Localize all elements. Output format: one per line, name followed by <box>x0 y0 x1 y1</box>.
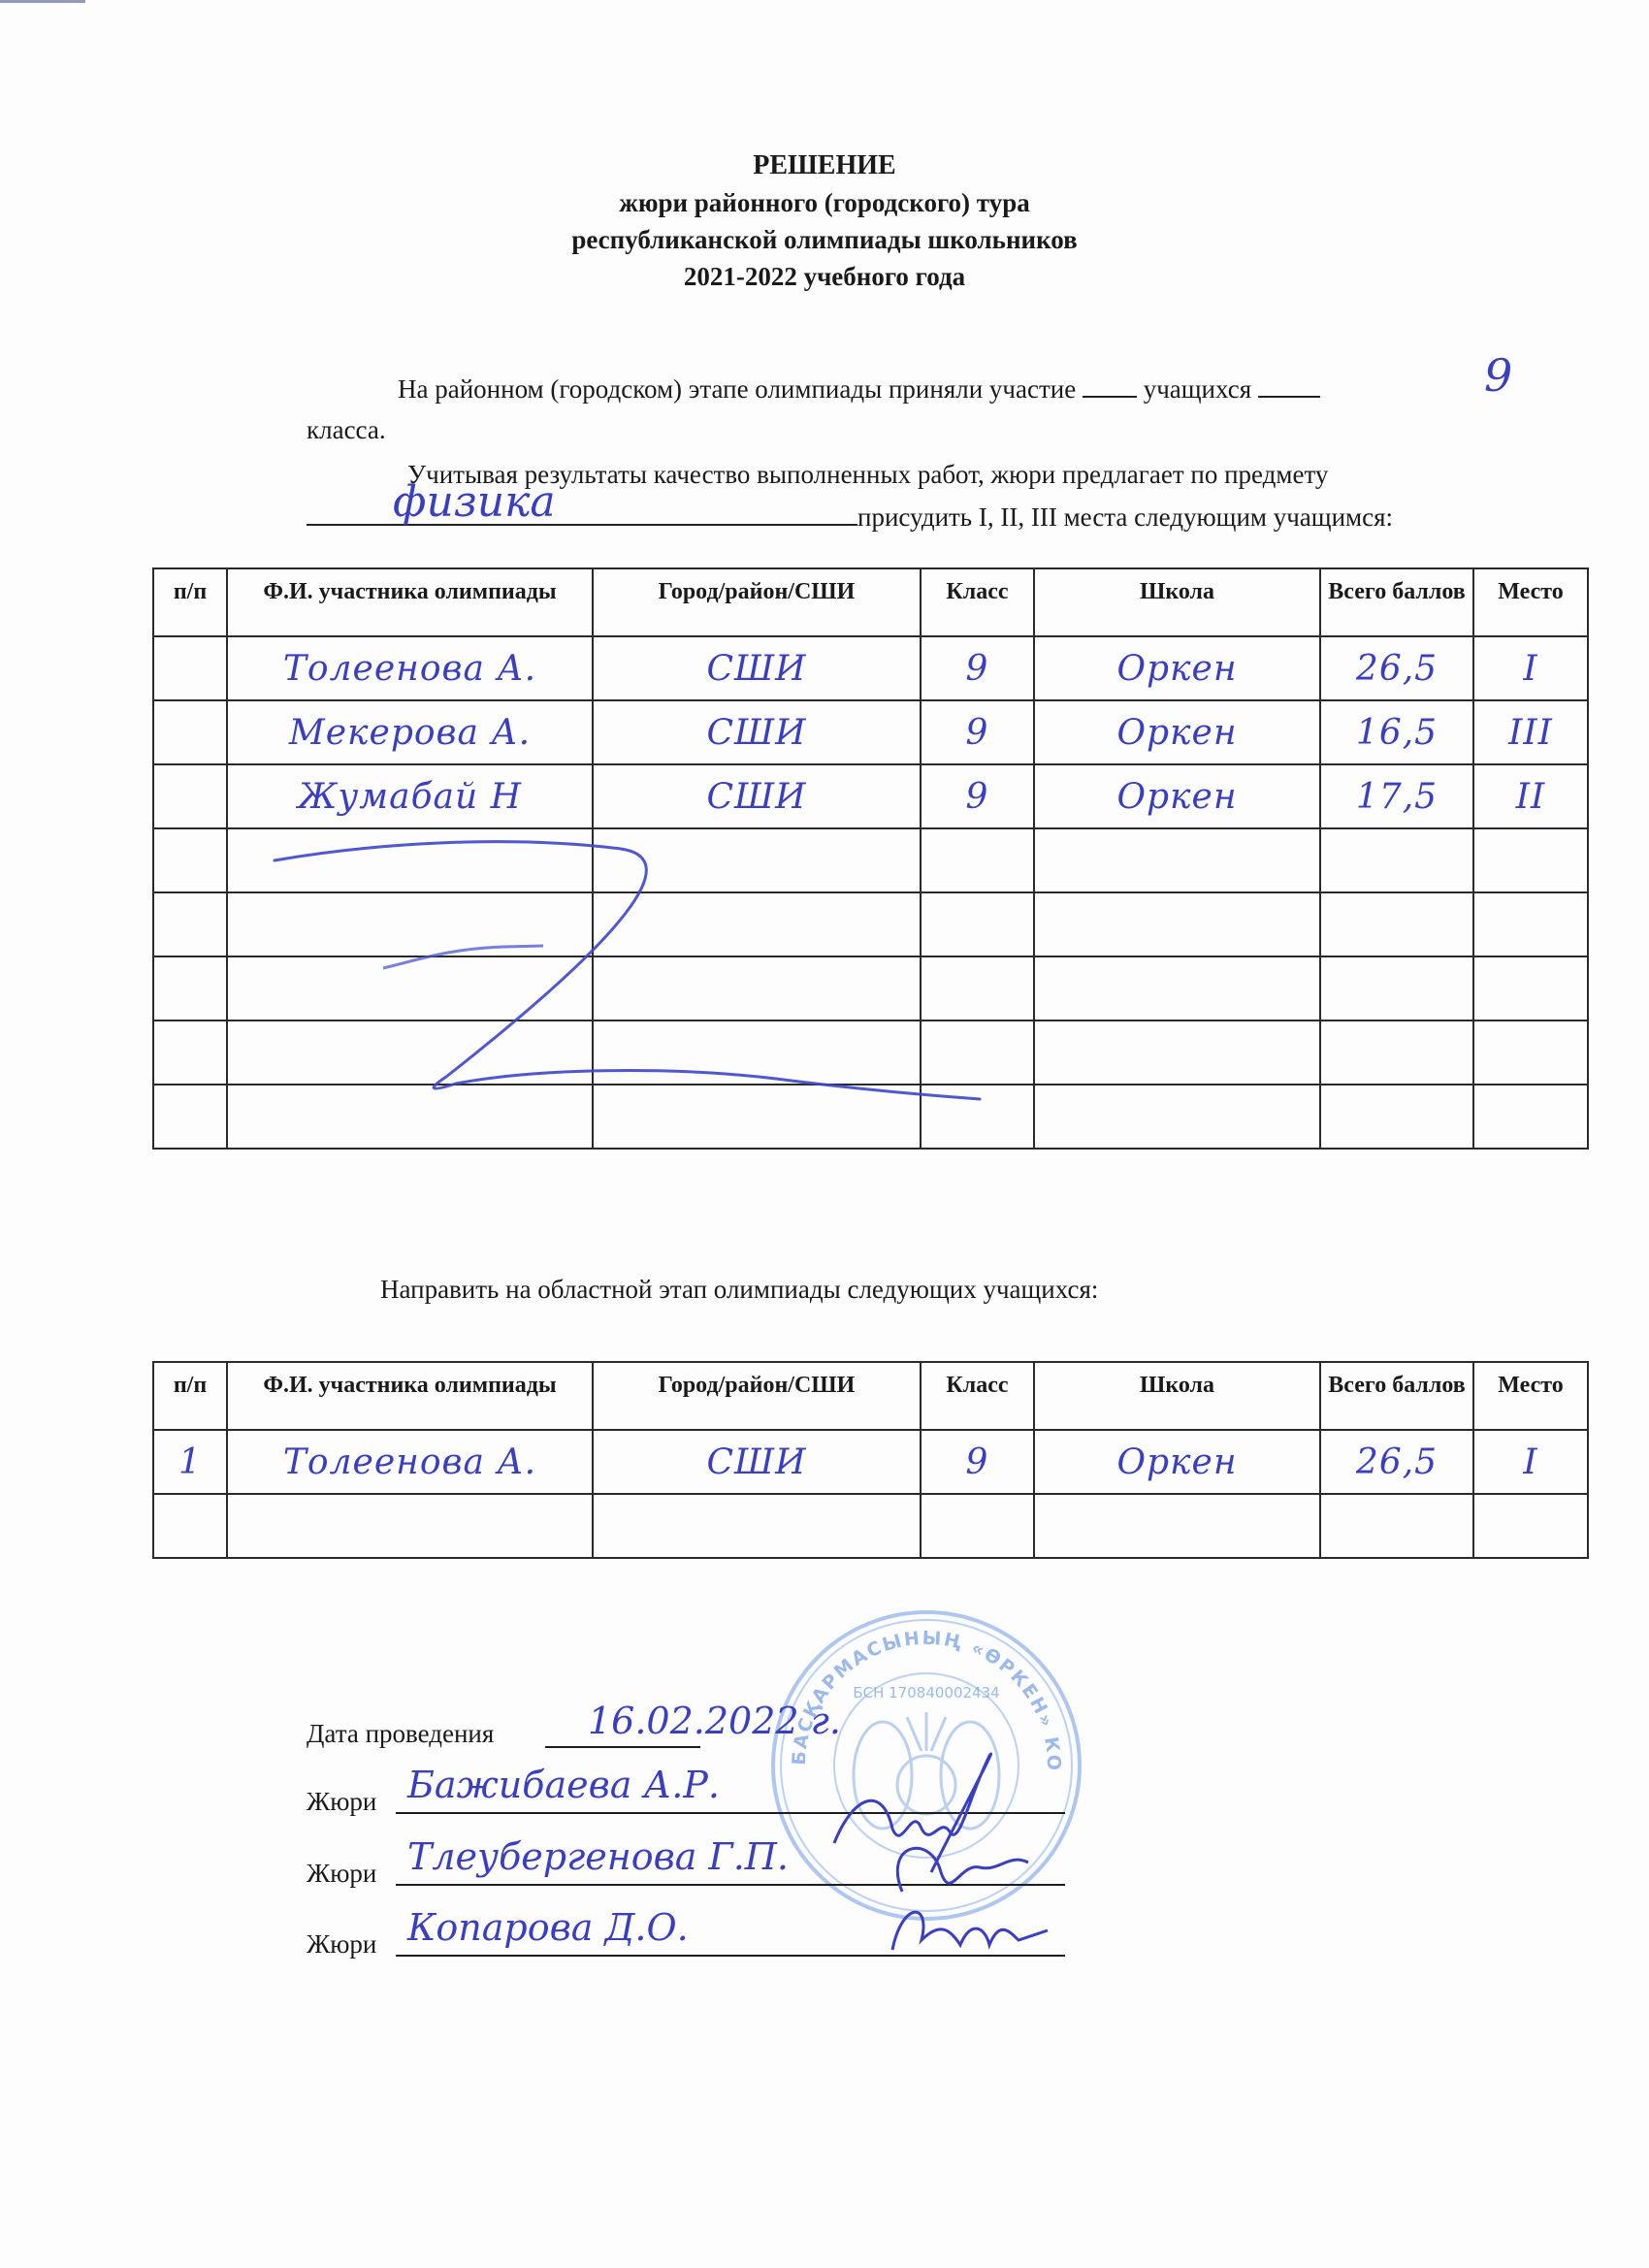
col-header-school: Школа <box>1034 568 1320 636</box>
cell-row-number[interactable] <box>153 1021 227 1085</box>
grade-field[interactable] <box>1258 374 1320 398</box>
jury-name-3: Копарова Д.О. <box>407 1906 689 1949</box>
participant-name-value: Толеенова А. <box>283 649 536 689</box>
cell-grade[interactable] <box>921 892 1034 956</box>
cell-city-district[interactable]: СШИ <box>593 636 921 700</box>
cell-total-score[interactable] <box>1320 828 1473 892</box>
table-row <box>153 892 1588 956</box>
awards-table: п/п Ф.И. участника олимпиады Город/район… <box>152 567 1589 1150</box>
col-header-score: Всего баллов <box>1320 568 1473 636</box>
jury-label-2: Жюри <box>307 1855 376 1892</box>
participant-name-value: Мекерова А. <box>289 713 531 753</box>
col-header-city: Город/район/СШИ <box>593 568 921 636</box>
cell-city-district[interactable] <box>593 956 921 1021</box>
cell-row-number[interactable] <box>153 636 227 700</box>
cell-participant-name[interactable]: Толеенова А. <box>227 636 593 700</box>
city-district-value: СШИ <box>706 1442 806 1482</box>
cell-grade[interactable] <box>921 1021 1034 1085</box>
participant-name-value: Жумабай Н <box>298 777 522 817</box>
title-line-2: жюри районного (городского) тура <box>0 184 1649 221</box>
grade-handwritten: 9 <box>1484 349 1512 402</box>
cell-row-number[interactable] <box>153 700 227 764</box>
table-row <box>153 956 1588 1021</box>
cell-school[interactable]: Оркен <box>1034 1430 1320 1494</box>
col-header-name: Ф.И. участника олимпиады <box>227 568 593 636</box>
date-label: Дата проведения <box>307 1715 494 1752</box>
date-underline <box>545 1746 700 1748</box>
cell-participant-name[interactable] <box>227 956 593 1021</box>
col-header-school: Школа <box>1034 1362 1320 1430</box>
document-title: РЕШЕНИЕ <box>0 147 1649 184</box>
jury-line-2 <box>396 1884 1065 1886</box>
table-row: Жумабай НСШИ9Оркен17,5II <box>153 764 1588 828</box>
place-value: I <box>1523 649 1537 689</box>
cell-city-district[interactable]: СШИ <box>593 1430 921 1494</box>
cell-total-score[interactable] <box>1320 1494 1473 1558</box>
cell-participant-name[interactable]: Мекерова А. <box>227 700 593 764</box>
grade-value: 9 <box>966 649 989 689</box>
grade-value: 9 <box>966 777 989 817</box>
regional-table: п/п Ф.И. участника олимпиады Город/район… <box>152 1361 1589 1559</box>
cell-city-district[interactable] <box>593 828 921 892</box>
cell-place[interactable] <box>1473 956 1588 1021</box>
table-row <box>153 828 1588 892</box>
cell-row-number[interactable] <box>153 828 227 892</box>
cell-school[interactable] <box>1034 892 1320 956</box>
cell-place[interactable]: I <box>1473 636 1588 700</box>
cell-place[interactable] <box>1473 1494 1588 1558</box>
cell-total-score[interactable] <box>1320 956 1473 1021</box>
col-header-name: Ф.И. участника олимпиады <box>227 1362 593 1430</box>
cell-participant-name[interactable]: Толеенова А. <box>227 1430 593 1494</box>
table-row: Толеенова А.СШИ9Оркен26,5I <box>153 636 1588 700</box>
place-value: II <box>1516 777 1545 817</box>
class-word: класса. <box>307 411 386 448</box>
cell-participant-name[interactable] <box>227 1494 593 1558</box>
table-header-row: п/п Ф.И. участника олимпиады Город/район… <box>153 1362 1588 1430</box>
cell-grade[interactable] <box>921 956 1034 1021</box>
grade-value: 9 <box>966 1442 989 1482</box>
cell-participant-name[interactable] <box>227 892 593 956</box>
cell-total-score[interactable]: 16,5 <box>1320 700 1473 764</box>
col-header-score: Всего баллов <box>1320 1362 1473 1430</box>
cell-school[interactable] <box>1034 1494 1320 1558</box>
participants-count-field[interactable] <box>1083 374 1137 398</box>
col-header-place: Место <box>1473 568 1588 636</box>
title-line-4: 2021-2022 учебного года <box>0 258 1649 295</box>
cell-total-score[interactable] <box>1320 1085 1473 1149</box>
cell-city-district[interactable] <box>593 1494 921 1558</box>
school-value: Оркен <box>1116 777 1237 817</box>
jury-name-2: Тлеубергенова Г.П. <box>407 1835 789 1878</box>
cell-total-score[interactable] <box>1320 1021 1473 1085</box>
participants-text: На районном (городском) этапе олимпиады … <box>398 374 1076 404</box>
cell-place[interactable]: III <box>1473 700 1588 764</box>
title-line-3: республиканской олимпиады школьников <box>0 221 1649 258</box>
cell-school[interactable] <box>1034 828 1320 892</box>
cell-participant-name[interactable]: Жумабай Н <box>227 764 593 828</box>
table-row: 1Толеенова А.СШИ9Оркен26,5I <box>153 1430 1588 1494</box>
col-header-city: Город/район/СШИ <box>593 1362 921 1430</box>
cell-place[interactable] <box>1473 828 1588 892</box>
cell-participant-name[interactable] <box>227 1021 593 1085</box>
school-value: Оркен <box>1116 649 1237 689</box>
jury-signature-1 <box>815 1736 1009 1882</box>
cell-place[interactable] <box>1473 1085 1588 1149</box>
total-score-value: 17,5 <box>1356 777 1438 817</box>
col-header-place: Место <box>1473 1362 1588 1430</box>
table-header-row: п/п Ф.И. участника олимпиады Город/район… <box>153 568 1588 636</box>
school-value: Оркен <box>1116 1442 1237 1482</box>
cell-participant-name[interactable] <box>227 828 593 892</box>
table-row <box>153 1494 1588 1558</box>
place-value: III <box>1508 713 1553 753</box>
students-text: учащихся <box>1144 374 1251 404</box>
official-stamp: БАСҚАРМАСЫНЫҢ «ӨРКЕН» КОММУНАЛДЫҚ МЕМЛЕК… <box>766 1605 1086 1926</box>
total-score-value: 26,5 <box>1356 649 1438 689</box>
jury-line-1 <box>396 1812 1065 1814</box>
table-row <box>153 1021 1588 1085</box>
col-header-num: п/п <box>153 1362 227 1430</box>
cell-place[interactable] <box>1473 1021 1588 1085</box>
jury-signature-2 <box>873 1824 1038 1921</box>
svg-text:БАСҚАРМАСЫНЫҢ «ӨРКЕН» КОММУНАЛ: БАСҚАРМАСЫНЫҢ «ӨРКЕН» КОММУНАЛДЫҚ МЕМЛЕК… <box>766 1605 1064 1772</box>
scan-edge-mark <box>0 0 85 3</box>
cell-place[interactable] <box>1473 892 1588 956</box>
cell-grade[interactable] <box>921 828 1034 892</box>
cell-row-number[interactable] <box>153 764 227 828</box>
cell-school[interactable]: Оркен <box>1034 636 1320 700</box>
table-row: Мекерова А.СШИ9Оркен16,5III <box>153 700 1588 764</box>
grade-value: 9 <box>966 713 989 753</box>
cell-city-district[interactable]: СШИ <box>593 764 921 828</box>
stamp-outer-text: БАСҚАРМАСЫНЫҢ «ӨРКЕН» КОММУНАЛДЫҚ МЕМЛЕК… <box>766 1605 1064 1772</box>
table-row <box>153 1085 1588 1149</box>
col-header-num: п/п <box>153 568 227 636</box>
cell-city-district[interactable] <box>593 1085 921 1149</box>
cell-total-score[interactable]: 26,5 <box>1320 636 1473 700</box>
col-header-grade: Класс <box>921 1362 1034 1430</box>
date-value[interactable]: 16.02.2022 г. <box>588 1700 841 1742</box>
school-value: Оркен <box>1116 713 1237 753</box>
cell-school[interactable]: Оркен <box>1034 700 1320 764</box>
cell-grade[interactable] <box>921 1085 1034 1149</box>
cell-city-district[interactable] <box>593 892 921 956</box>
cell-grade[interactable]: 9 <box>921 636 1034 700</box>
subject-field[interactable] <box>307 502 857 526</box>
cell-row-number[interactable] <box>153 1085 227 1149</box>
cell-row-number[interactable] <box>153 956 227 1021</box>
cell-place[interactable]: I <box>1473 1430 1588 1494</box>
cell-participant-name[interactable] <box>227 1085 593 1149</box>
subject-handwritten: физика <box>393 477 556 527</box>
cell-total-score[interactable] <box>1320 892 1473 956</box>
cell-grade[interactable]: 9 <box>921 764 1034 828</box>
participant-name-value: Толеенова А. <box>283 1442 536 1482</box>
jury-name-1: Бажибаева А.Р. <box>407 1764 720 1806</box>
cell-row-number[interactable] <box>153 892 227 956</box>
cell-place[interactable]: II <box>1473 764 1588 828</box>
jury-label-1: Жюри <box>307 1783 376 1820</box>
cell-school[interactable] <box>1034 1021 1320 1085</box>
col-header-grade: Класс <box>921 568 1034 636</box>
cell-school[interactable]: Оркен <box>1034 764 1320 828</box>
cell-total-score[interactable]: 17,5 <box>1320 764 1473 828</box>
cell-grade[interactable] <box>921 1494 1034 1558</box>
cell-city-district[interactable]: СШИ <box>593 700 921 764</box>
cell-city-district[interactable] <box>593 1021 921 1085</box>
place-value: I <box>1523 1442 1537 1482</box>
city-district-value: СШИ <box>706 649 806 689</box>
jury-line-3 <box>396 1955 1065 1957</box>
document-header: РЕШЕНИЕ жюри районного (городского) тура… <box>0 147 1649 295</box>
cell-total-score[interactable]: 26,5 <box>1320 1430 1473 1494</box>
regional-heading: Направить на областной этап олимпиады сл… <box>380 1271 1098 1308</box>
row-number-value: 1 <box>178 1442 202 1482</box>
award-text: присудить I, II, III места следующим уча… <box>857 502 1393 532</box>
participants-sentence: На районном (городском) этапе олимпиады … <box>398 371 1320 407</box>
total-score-value: 26,5 <box>1356 1442 1438 1482</box>
city-district-value: СШИ <box>706 777 806 817</box>
stamp-bin: БСН 170840002434 <box>853 1684 999 1701</box>
cell-row-number[interactable]: 1 <box>153 1430 227 1494</box>
jury-label-3: Жюри <box>307 1926 376 1962</box>
city-district-value: СШИ <box>706 713 806 753</box>
cell-school[interactable] <box>1034 1085 1320 1149</box>
cell-row-number[interactable] <box>153 1494 227 1558</box>
cell-school[interactable] <box>1034 956 1320 1021</box>
total-score-value: 16,5 <box>1356 713 1438 753</box>
cell-grade[interactable]: 9 <box>921 700 1034 764</box>
cell-grade[interactable]: 9 <box>921 1430 1034 1494</box>
